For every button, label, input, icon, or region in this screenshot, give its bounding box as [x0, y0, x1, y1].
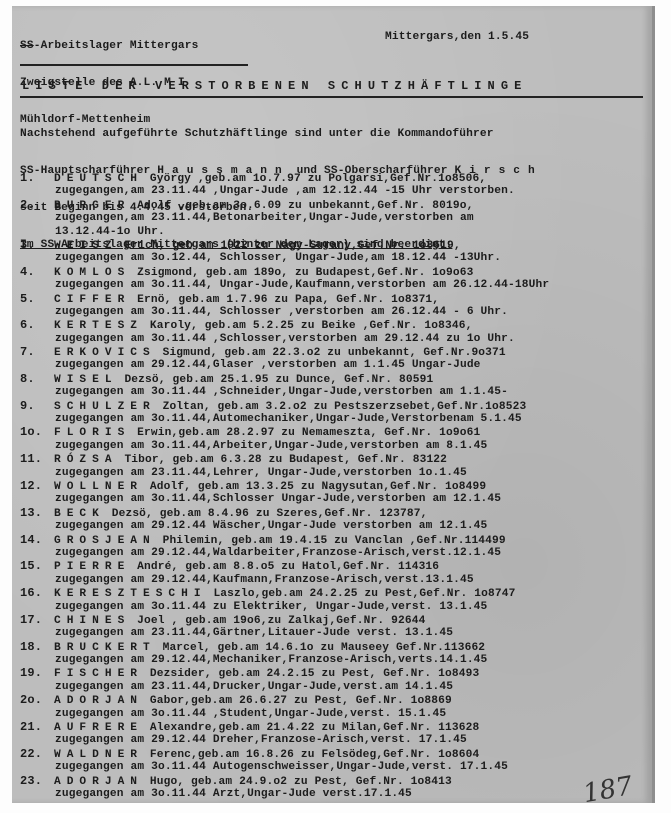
list-item: 2.BURGER Adolf ,geb.am 3o.6.09 zu unbeka… — [20, 199, 549, 239]
entry-surname: PIERRE — [54, 561, 130, 573]
entry-number: 5. — [20, 293, 54, 305]
entry-number: 9. — [20, 400, 54, 412]
entry-number: 11. — [20, 453, 54, 465]
entry-surname: ADORJAN — [54, 695, 143, 707]
entry-surname: KERESZTESCHI — [54, 588, 207, 600]
entry-number: 2o. — [20, 694, 54, 706]
letterhead-line-1: SS-Arbeitslager Mittergars — [20, 40, 198, 53]
entry-line-1: 3.WEISZ Erich, geb.am 1922 zu Nagy-Suran… — [20, 239, 549, 252]
entry-surname: GROSJEAN — [54, 535, 156, 547]
entry-line-2: zugegangen am 3o.11.44, Ungar-Jude,Kaufm… — [20, 279, 549, 292]
entry-surname: BRUCKERT — [54, 642, 156, 654]
entry-line-2: zugegangen am 29.12.44,Glaser ,verstorbe… — [20, 359, 549, 372]
list-item: 7.ERKOVICS Sigmund, geb.am 22.3.o2 zu un… — [20, 346, 549, 373]
entry-line-2: zugegangen am 3o.11.44, Schlosser ,verst… — [20, 306, 549, 319]
document-page: SS-Arbeitslager Mittergars Zweigstelle d… — [12, 6, 655, 803]
list-item: 23.ADORJAN Hugo, geb.am 24.9.o2 zu Pest,… — [20, 775, 549, 802]
entry-line-2: zugegangen am 23.11.44,Drucker,Ungar-Jud… — [20, 681, 549, 694]
entry-details: Ferenc,geb.am 16.8.26 zu Felsödeg,Gef.Nr… — [143, 749, 479, 761]
entry-details: György ,geb.am 1o.7.97 zu Polgarsi,Gef.N… — [143, 173, 486, 185]
entry-details: Dezsö, geb.am 8.4.96 zu Szeres,Gef.Nr. 1… — [105, 508, 428, 520]
entry-line-2: zugegangen am 3o.11.44 ,Student,Ungar-Ju… — [20, 708, 549, 721]
entry-number: 15. — [20, 560, 54, 572]
entry-line-1: 4.KOMLOS Zsigmond, geb.am 189o, zu Budap… — [20, 266, 549, 279]
entry-line-1: 6.KERTESZ Karoly, geb.am 5.2.25 zu Beike… — [20, 319, 549, 332]
entry-line-2: zugegangen am 3o.11.44 ,Schneider,Ungar-… — [20, 386, 549, 399]
entry-line-2: zugegangen am 3o.12.44, Schlosser, Ungar… — [20, 252, 549, 265]
entry-line-1: 1o.FLORIS Erwin,geb.am 28.2.97 zu Nemame… — [20, 426, 549, 439]
entry-line-1: 13.BECK Dezsö, geb.am 8.4.96 zu Szeres,G… — [20, 507, 549, 520]
handwritten-mark: 187 — [581, 773, 627, 803]
entry-line-2: zugegangen am 3o.11.44,Arbeiter,Ungar-Ju… — [20, 440, 549, 453]
entry-surname: AUFRERE — [54, 722, 143, 734]
entry-details: Marcel, geb.am 14.6.1o zu Mauseey Gef.Nr… — [156, 642, 485, 654]
entry-surname: SCHULZER — [54, 401, 156, 413]
list-item: 11.RÓZSA Tibor, geb.am 6.3.28 zu Budapes… — [20, 453, 549, 480]
entry-surname: WISEL — [54, 374, 118, 386]
list-item: 16.KERESZTESCHI Laszlo,geb.am 24.2.25 zu… — [20, 587, 549, 614]
entry-details: Philemin, geb.am 19.4.15 zu Vanclan ,Gef… — [156, 535, 506, 547]
letterhead-underline — [20, 64, 248, 66]
entry-surname: CIFFER — [54, 294, 130, 306]
entry-number: 18. — [20, 641, 54, 653]
entry-line-2: zugegangen,am 23.11.44,Betonarbeiter,Ung… — [20, 212, 549, 225]
entry-number: 2. — [20, 199, 54, 211]
entry-details: Tibor, geb.am 6.3.28 zu Budapest, Gef.Nr… — [118, 454, 447, 466]
entry-number: 14. — [20, 534, 54, 546]
entry-number: 6. — [20, 319, 54, 331]
struck-prefix: SS — [20, 40, 34, 52]
list-item: 18.BRUCKERT Marcel, geb.am 14.6.1o zu Ma… — [20, 641, 549, 668]
entry-line-1: 15.PIERRE André, geb.am 8.8.o5 zu Hatol,… — [20, 560, 549, 573]
entry-details: Sigmund, geb.am 22.3.o2 zu unbekannt, Ge… — [156, 347, 506, 359]
entry-surname: BURGER — [54, 200, 130, 212]
entry-line-2: zugegangen am 29.12.44 Wäscher,Ungar-Jud… — [20, 520, 549, 533]
deceased-list: 1.DEUTSCH György ,geb.am 1o.7.97 zu Polg… — [20, 172, 549, 801]
list-item: 1o.FLORIS Erwin,geb.am 28.2.97 zu Nemame… — [20, 426, 549, 453]
list-item: 6.KERTESZ Karoly, geb.am 5.2.25 zu Beike… — [20, 319, 549, 346]
entry-details: Adolf, geb.am 13.3.25 zu Nagysutan,Gef.N… — [143, 481, 486, 493]
entry-surname: WEISZ — [54, 240, 118, 252]
entry-surname: WALDNER — [54, 749, 143, 761]
entry-details: Gabor,geb.am 26.6.27 zu Pest, Gef.Nr. 1o… — [143, 695, 452, 707]
entry-details: Erich, geb.am 1922 zu Nagy-Surany,Gef.Nr… — [118, 240, 461, 252]
entry-line-1: 11.RÓZSA Tibor, geb.am 6.3.28 zu Budapes… — [20, 453, 549, 466]
entry-number: 7. — [20, 346, 54, 358]
entry-line-2: zugegangen am 29.12.44,Waldarbeiter,Fran… — [20, 547, 549, 560]
entry-details: Alexandre,geb.am 21.4.22 zu Milan,Gef.Nr… — [143, 722, 479, 734]
entry-surname: FISCHER — [54, 668, 143, 680]
entry-number: 21. — [20, 721, 54, 733]
entry-line-2: zugegangen am 3o.11.44,Schlosser Ungar-J… — [20, 493, 549, 506]
entry-surname: ERKOVICS — [54, 347, 156, 359]
entry-line-1: 23.ADORJAN Hugo, geb.am 24.9.o2 zu Pest,… — [20, 775, 549, 788]
list-item: 8.WISEL Dezsö, geb.am 25.1.95 zu Dunce, … — [20, 373, 549, 400]
entry-line-2: zugegangen am 29.12.44,Kaufmann,Franzose… — [20, 574, 549, 587]
entry-line-1: 7.ERKOVICS Sigmund, geb.am 22.3.o2 zu un… — [20, 346, 549, 359]
entry-line-1: 8.WISEL Dezsö, geb.am 25.1.95 zu Dunce, … — [20, 373, 549, 386]
list-item: 12.WOLLNER Adolf, geb.am 13.3.25 zu Nagy… — [20, 480, 549, 507]
entry-number: 23. — [20, 775, 54, 787]
entry-details: Dezsö, geb.am 25.1.95 zu Dunce, Gef.Nr. … — [118, 374, 434, 386]
entry-details: Laszlo,geb.am 24.2.25 zu Pest,Gef.Nr. 1o… — [207, 588, 516, 600]
entry-number: 19. — [20, 667, 54, 679]
entry-surname: ADORJAN — [54, 776, 143, 788]
entry-surname: WOLLNER — [54, 481, 143, 493]
list-item: 1.DEUTSCH György ,geb.am 1o.7.97 zu Polg… — [20, 172, 549, 199]
entry-line-2: zugegangen am 3o.11.44 Autogenschweisser… — [20, 761, 549, 774]
entry-number: 17. — [20, 614, 54, 626]
entry-line-1: 5.CIFFER Ernö, geb.am 1.7.96 zu Papa, Ge… — [20, 293, 549, 306]
entry-number: 3. — [20, 239, 54, 251]
entry-line-1: 19.FISCHER Dezsider, geb.am 24.2.15 zu P… — [20, 667, 549, 680]
entry-details: Ernö, geb.am 1.7.96 zu Papa, Gef.Nr. 1o8… — [130, 294, 439, 306]
list-item: 5.CIFFER Ernö, geb.am 1.7.96 zu Papa, Ge… — [20, 293, 549, 320]
entry-details: Karoly, geb.am 5.2.25 zu Beike ,Gef.Nr. … — [143, 320, 472, 332]
entry-number: 4. — [20, 266, 54, 278]
list-item: 19.FISCHER Dezsider, geb.am 24.2.15 zu P… — [20, 667, 549, 694]
entry-surname: DEUTSCH — [54, 173, 143, 185]
list-item: 14.GROSJEAN Philemin, geb.am 19.4.15 zu … — [20, 534, 549, 561]
entry-line-1: 2.BURGER Adolf ,geb.am 3o.6.09 zu unbeka… — [20, 199, 549, 212]
entry-number: 12. — [20, 480, 54, 492]
entry-line-2: zugegangen,am 23.11.44 ,Ungar-Jude ,am 1… — [20, 185, 549, 198]
entry-line-1: 12.WOLLNER Adolf, geb.am 13.3.25 zu Nagy… — [20, 480, 549, 493]
entry-surname: FLORIS — [54, 427, 130, 439]
list-item: 15.PIERRE André, geb.am 8.8.o5 zu Hatol,… — [20, 560, 549, 587]
entry-line-2: zugegangen am 23.11.44,Lehrer, Ungar-Jud… — [20, 467, 549, 480]
entry-line-1: 17.CHINES Joel , geb.am 19o6,zu Zalkaj,G… — [20, 614, 549, 627]
entry-line-2: zugegangen am 23.11.44,Gärtner,Litauer-J… — [20, 627, 549, 640]
document-title: LISTE DER VERSTORBENEN SCHUTZHÄFTLINGE — [22, 80, 527, 92]
entry-surname: BECK — [54, 508, 105, 520]
list-item: 3.WEISZ Erich, geb.am 1922 zu Nagy-Suran… — [20, 239, 549, 266]
entry-line-1: 14.GROSJEAN Philemin, geb.am 19.4.15 zu … — [20, 534, 549, 547]
entry-details: Adolf ,geb.am 3o.6.09 zu unbekannt,Gef.N… — [130, 200, 473, 212]
entry-line-1: 22.WALDNER Ferenc,geb.am 16.8.26 zu Fels… — [20, 748, 549, 761]
entry-line-1: 9.SCHULZER Zoltan, geb.am 3.2.o2 zu Pest… — [20, 400, 549, 413]
entry-line-2: zugegangen am 29.12.44 Dreher,Franzose-A… — [20, 734, 549, 747]
entry-details: Joel , geb.am 19o6,zu Zalkaj,Gef.Nr. 926… — [130, 615, 425, 627]
entry-details: Dezsider, geb.am 24.2.15 zu Pest, Gef.Nr… — [143, 668, 479, 680]
entry-number: 8. — [20, 373, 54, 385]
list-item: 13.BECK Dezsö, geb.am 8.4.96 zu Szeres,G… — [20, 507, 549, 534]
entry-surname: CHINES — [54, 615, 130, 627]
entry-line-1: 21.AUFRERE Alexandre,geb.am 21.4.22 zu M… — [20, 721, 549, 734]
entry-surname: RÓZSA — [54, 454, 118, 466]
entry-number: 1o. — [20, 426, 54, 438]
place-date: Mittergars,den 1.5.45 — [385, 31, 529, 43]
entry-line-2: zugegangen am 3o.11.44 zu Elektriker, Un… — [20, 601, 549, 614]
entry-line-1: 2o.ADORJAN Gabor,geb.am 26.6.27 zu Pest,… — [20, 694, 549, 707]
entry-number: 22. — [20, 748, 54, 760]
entry-number: 16. — [20, 587, 54, 599]
entry-details: Zoltan, geb.am 3.2.o2 zu Pestszerzsebet,… — [156, 401, 527, 413]
entry-line-1: 16.KERESZTESCHI Laszlo,geb.am 24.2.25 zu… — [20, 587, 549, 600]
list-item: 17.CHINES Joel , geb.am 19o6,zu Zalkaj,G… — [20, 614, 549, 641]
title-underline — [20, 96, 643, 98]
entry-number: 1. — [20, 172, 54, 184]
entry-surname: KERTESZ — [54, 320, 143, 332]
entry-line-3: 13.12.44-1o Uhr. — [20, 226, 549, 239]
list-item: 2o.ADORJAN Gabor,geb.am 26.6.27 zu Pest,… — [20, 694, 549, 721]
entry-surname: KOMLOS — [54, 267, 130, 279]
entry-details: Erwin,geb.am 28.2.97 zu Nemameszta, Gef.… — [130, 427, 480, 439]
intro-line-1: Nachstehend aufgeführte Schutzhäftlinge … — [20, 128, 543, 141]
entry-line-2: zugegangen am 3o.11.44,Automechaniker,Un… — [20, 413, 549, 426]
entry-line-2: zugegangen am 3o.11.44 ,Schlosser,versto… — [20, 333, 549, 346]
list-item: 4.KOMLOS Zsigmond, geb.am 189o, zu Budap… — [20, 266, 549, 293]
entry-details: André, geb.am 8.8.o5 zu Hatol,Gef.Nr. 11… — [130, 561, 439, 573]
entry-number: 13. — [20, 507, 54, 519]
entry-line-2: zugegangen am 3o.11.44 Arzt,Ungar-Jude v… — [20, 788, 549, 801]
entry-details: Hugo, geb.am 24.9.o2 zu Pest, Gef.Nr. 1o… — [143, 776, 452, 788]
list-item: 21.AUFRERE Alexandre,geb.am 21.4.22 zu M… — [20, 721, 549, 748]
letterhead-camp-name: -Arbeitslager Mittergars — [34, 40, 199, 52]
entry-line-1: 1.DEUTSCH György ,geb.am 1o.7.97 zu Polg… — [20, 172, 549, 185]
list-item: 22.WALDNER Ferenc,geb.am 16.8.26 zu Fels… — [20, 748, 549, 775]
entry-details: Zsigmond, geb.am 189o, zu Budapest,Gef.N… — [130, 267, 473, 279]
entry-line-1: 18.BRUCKERT Marcel, geb.am 14.6.1o zu Ma… — [20, 641, 549, 654]
entry-line-2: zugegangen am 29.12.44,Mechaniker,Franzo… — [20, 654, 549, 667]
list-item: 9.SCHULZER Zoltan, geb.am 3.2.o2 zu Pest… — [20, 400, 549, 427]
